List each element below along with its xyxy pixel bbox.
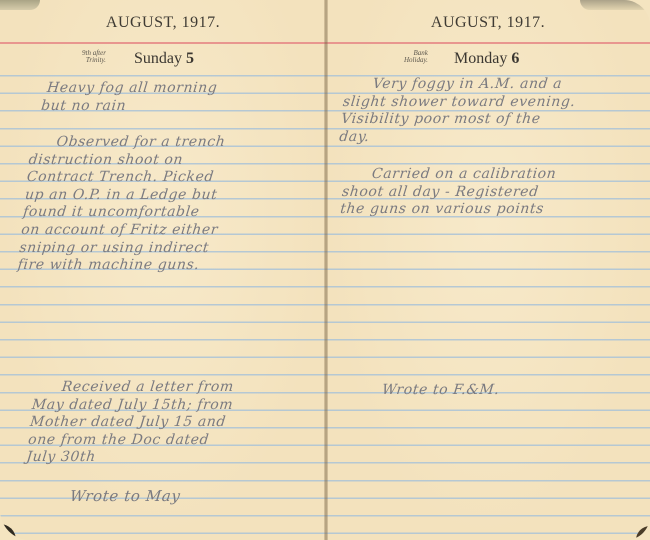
diary-spread: AUGUST, 1917. 9th after Trinity. Sunday5… — [0, 0, 650, 540]
book-gutter — [324, 0, 328, 540]
left-page-header: AUGUST, 1917. — [0, 14, 326, 32]
diary-entry: Wrote to May — [69, 488, 181, 506]
diary-entry: Heavy fog all morning but no rain — [44, 80, 218, 115]
left-day-heading: 9th after Trinity. Sunday5 — [0, 48, 326, 70]
page-corner-shadow — [0, 0, 40, 10]
right-day-heading: Bank Holiday. Monday6 — [326, 48, 650, 70]
diary-entry: Wrote to F.&M. — [381, 382, 500, 400]
diary-entry: Received a letter from May dated July 15… — [25, 379, 236, 467]
day-title: Monday6 — [454, 50, 519, 68]
page-corner-shadow — [580, 0, 650, 10]
liturgical-note: 9th after Trinity. — [82, 50, 106, 64]
right-page-header: AUGUST, 1917. — [326, 14, 650, 32]
red-header-rule — [326, 42, 650, 44]
right-page: AUGUST, 1917. Bank Holiday. Monday6 Very… — [326, 0, 650, 540]
diary-entry: Very foggy in A.M. and a slight shower t… — [338, 76, 578, 146]
diary-entry: Carried on a calibration shoot all day -… — [339, 166, 557, 219]
day-title: Sunday5 — [134, 50, 194, 68]
red-header-rule — [0, 42, 326, 44]
diary-entry: Observed for a trench distruction shoot … — [17, 134, 229, 275]
left-page: AUGUST, 1917. 9th after Trinity. Sunday5… — [0, 0, 326, 540]
holiday-note: Bank Holiday. — [404, 50, 428, 64]
